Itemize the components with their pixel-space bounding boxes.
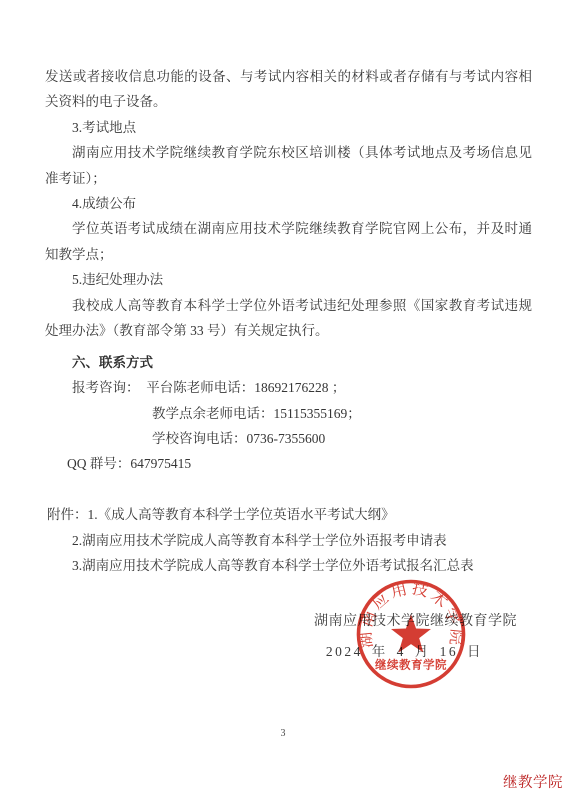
document-body: 发送或者接收信息功能的设备、与考试内容相关的材料或者存储有与考试内容相 关资料的…	[45, 64, 532, 578]
section-item-5: 5.违纪处理办法	[45, 267, 532, 292]
attachment-item-1: 附件：1.《成人高等教育本科学士学位英语水平考试大纲》	[45, 502, 532, 527]
contact-line-qq: QQ 群号：647975415	[45, 451, 532, 476]
body-line: 准考证）；	[45, 166, 532, 191]
blank-line	[45, 477, 532, 502]
body-line: 关资料的电子设备。	[45, 89, 532, 114]
contact-line-teaching-point: 教学点余老师电话：15115355169；	[45, 401, 532, 426]
page-number: 3	[0, 728, 566, 739]
document-page: 发送或者接收信息功能的设备、与考试内容相关的材料或者存储有与考试内容相 关资料的…	[0, 0, 566, 800]
attachment-item-3: 3.湖南应用技术学院成人高等教育本科学士学位外语考试报名汇总表	[45, 553, 532, 578]
section-item-4: 4.成绩公布	[45, 191, 532, 216]
signature-date: 2024 年 4 月 16 日	[326, 640, 483, 660]
body-line: 湖南应用技术学院继续教育学院东校区培训楼（具体考试地点及考场信息见	[45, 140, 532, 165]
body-line: 知教学点；	[45, 242, 532, 267]
body-line: 发送或者接收信息功能的设备、与考试内容相关的材料或者存储有与考试内容相	[45, 64, 532, 89]
contact-line-platform: 报考咨询： 平台陈老师电话：18692176228 ；	[45, 375, 532, 400]
official-seal: 湖南应用技术学院 继续教育学院	[354, 577, 468, 691]
body-line: 我校成人高等教育本科学士学位外语考试违纪处理参照《国家教育考试违规	[45, 293, 532, 318]
contact-line-school: 学校咨询电话：0736-7355600	[45, 426, 532, 451]
seal-ring	[359, 582, 464, 687]
section-heading-contact: 六、联系方式	[45, 350, 532, 375]
section-item-3: 3.考试地点	[45, 115, 532, 140]
site-watermark-label: 继教学院	[503, 771, 563, 792]
body-line: 学位英语考试成绩在湖南应用技术学院继续教育学院官网上公布，并及时通	[45, 216, 532, 241]
signature-organization: 湖南应用技术学院继续教育学院	[314, 610, 517, 630]
attachment-item-2: 2.湖南应用技术学院成人高等教育本科学士学位外语报考申请表	[45, 528, 532, 553]
body-line: 处理办法》（教育部令第 33 号）有关规定执行。	[45, 318, 532, 343]
